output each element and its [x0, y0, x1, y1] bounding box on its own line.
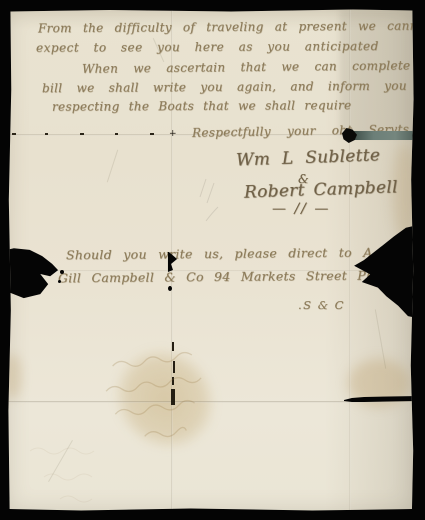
- fold-mark: [150, 133, 154, 135]
- faint-bleed-marks: [20, 439, 220, 509]
- fold-mark: [12, 133, 16, 135]
- torn-speck: [60, 270, 64, 274]
- fold-cross-mark: +: [169, 131, 177, 137]
- wrinkle-line: [375, 309, 386, 368]
- initials-s-and-c: .S & C: [298, 298, 345, 312]
- torn-hole-left: [0, 246, 66, 302]
- postscript-line-2: Gill Campbell & Co 94 Markets Street Phi…: [58, 268, 383, 286]
- signature-flourish: — // —: [272, 201, 330, 217]
- pencil-marks: [198, 177, 228, 227]
- torn-speck: [58, 280, 61, 283]
- torn-speck: [168, 286, 172, 291]
- letter-line-4: bill we shall write you again, and infor…: [42, 79, 407, 96]
- left-edge-stain: [4, 354, 22, 399]
- wrinkle-line: [107, 150, 118, 183]
- repair-tape-band: [352, 131, 414, 140]
- fold-mark: [115, 133, 118, 135]
- letter-line-3: When we ascertain that we can complete o…: [82, 58, 425, 76]
- letter-paper: + From the: [8, 9, 414, 511]
- postscript-line-1: Should you write us, please direct to A: [66, 245, 373, 263]
- letter-line-5: respecting the Boats that we shall requi…: [52, 98, 352, 114]
- signature-sublette: Wm L Sublette: [236, 145, 381, 170]
- signature-campbell: Robert Campbell: [244, 177, 398, 202]
- scanned-letter-photo: + From the: [0, 0, 425, 520]
- torn-slit-right: [344, 396, 416, 404]
- letter-line-2: expect to see you here as you anticipate…: [36, 39, 379, 55]
- letter-line-1: From the difficulty of traveling at pres…: [38, 19, 425, 36]
- fold-mark: [45, 133, 48, 135]
- fold-mark: [80, 133, 84, 135]
